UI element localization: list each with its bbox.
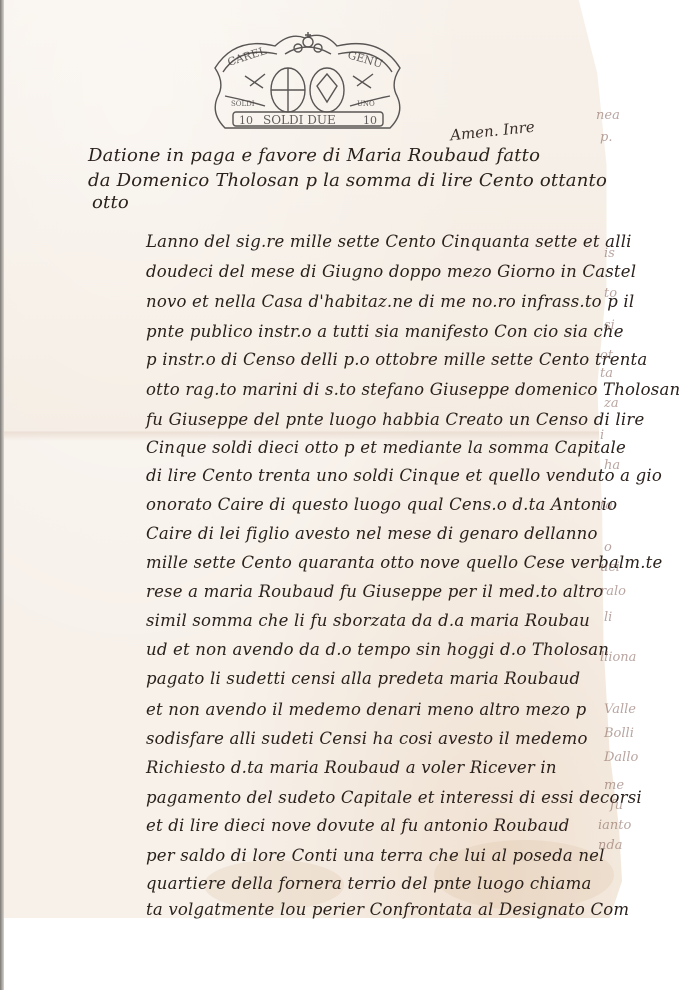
body-line: per saldo di lore Conti una terra che lu… [146, 846, 605, 865]
body-line: Caire di lei figlio avesto nel mese di g… [146, 524, 598, 543]
margin-bleedthrough: fu [610, 798, 623, 813]
body-line: fu Giuseppe del pnte luogo habbia Creato… [146, 410, 644, 429]
margin-bleedthrough: Bolli [604, 726, 634, 741]
stamp-text-carel: CAREL [226, 44, 269, 69]
margin-bleedthrough: Dallo [604, 750, 638, 765]
stamp-number: 10 [363, 114, 377, 127]
margin-bleedthrough: Valle [604, 702, 636, 717]
body-line: sodisfare alli sudeti Censi ha cosi aves… [146, 729, 588, 748]
body-line: et non avendo il medemo denari meno altr… [146, 700, 586, 719]
margin-bleedthrough: o [604, 540, 612, 555]
margin-bleedthrough: i [600, 428, 604, 443]
stamp-text-right: UNO [357, 100, 375, 108]
body-line: ta volgatmente lou perier Confrontata al… [146, 900, 629, 919]
body-line: simil somma che li fu sborzata da d.a ma… [146, 611, 590, 630]
body-line: di lire Cento trenta uno soldi Cinque et… [146, 466, 662, 485]
margin-bleedthrough: ta [600, 366, 613, 381]
body-line: p instr.o di Censo delli p.o ottobre mil… [146, 350, 647, 369]
margin-bleedthrough: lliona [600, 650, 636, 665]
margin-bleedthrough: is [604, 246, 615, 261]
body-line: Lanno del sig.re mille sette Cento Cinqu… [146, 232, 632, 251]
margin-bleedthrough: si [604, 318, 615, 333]
stamp-text-bottom: SOLDI DUE [263, 113, 336, 127]
body-line: doudeci del mese di Giugno doppo mezo Gi… [146, 262, 636, 281]
body-line: otto rag.to marini di s.to stefano Giuse… [146, 380, 680, 399]
body-line: pnte publico instr.o a tutti sia manifes… [146, 322, 624, 341]
scan-left-edge [0, 0, 4, 990]
stamp-text-left: SOLDI [231, 100, 255, 108]
margin-bleedthrough: ha [604, 458, 620, 473]
body-line: et di lire dieci nove dovute al fu anton… [146, 816, 570, 835]
body-line: quartiere della fornera terrio del pnte … [146, 874, 591, 893]
body-line: Cinque soldi dieci otto p et mediante la… [146, 438, 626, 457]
body-line: mille sette Cento quaranta otto nove que… [146, 553, 662, 572]
body-line: novo et nella Casa d'habitaz.ne di me no… [146, 292, 634, 311]
body-line: ud et non avendo da d.o tempo sin hoggi … [146, 640, 609, 659]
body-line: rese a maria Roubaud fu Giuseppe per il … [146, 582, 603, 601]
margin-bleedthrough: li [604, 610, 612, 625]
body-line: Richiesto d.ta maria Roubaud a voler Ric… [146, 758, 557, 777]
body-line: pagamento del sudeto Capitale et interes… [146, 788, 642, 807]
revenue-stamp: CAREL GENU SOLDI UNO SOLDI DUE 10 10 [205, 28, 410, 138]
margin-bleedthrough: ianto [598, 818, 631, 833]
margin-bleedthrough: p. [600, 130, 612, 145]
stamp-number-left: 10 [239, 114, 253, 127]
body-line: pagato li sudetti censi alla predeta mar… [146, 669, 580, 688]
margin-bleedthrough: nda [598, 838, 622, 853]
margin-bleedthrough: uci [600, 560, 620, 575]
stamp-emblem-icon: CAREL GENU SOLDI UNO SOLDI DUE 10 10 [205, 28, 410, 138]
heading-line: Datione in paga e favore di Maria Roubau… [88, 145, 540, 166]
margin-bleedthrough: nea [596, 108, 620, 123]
margin-bleedthrough: ta [600, 498, 613, 513]
heading-line: otto [92, 192, 129, 213]
body-line: onorato Caire di questo luogo qual Cens.… [146, 495, 617, 514]
margin-bleedthrough: to [604, 286, 617, 301]
margin-bleedthrough: ralo [600, 584, 626, 599]
margin-bleedthrough: za [604, 396, 619, 411]
margin-bleedthrough: me [604, 778, 624, 793]
stamp-text-genu: GENU [346, 48, 384, 70]
margin-bleedthrough: ot [600, 348, 613, 363]
heading-line: da Domenico Tholosan p la somma di lire … [88, 170, 607, 191]
